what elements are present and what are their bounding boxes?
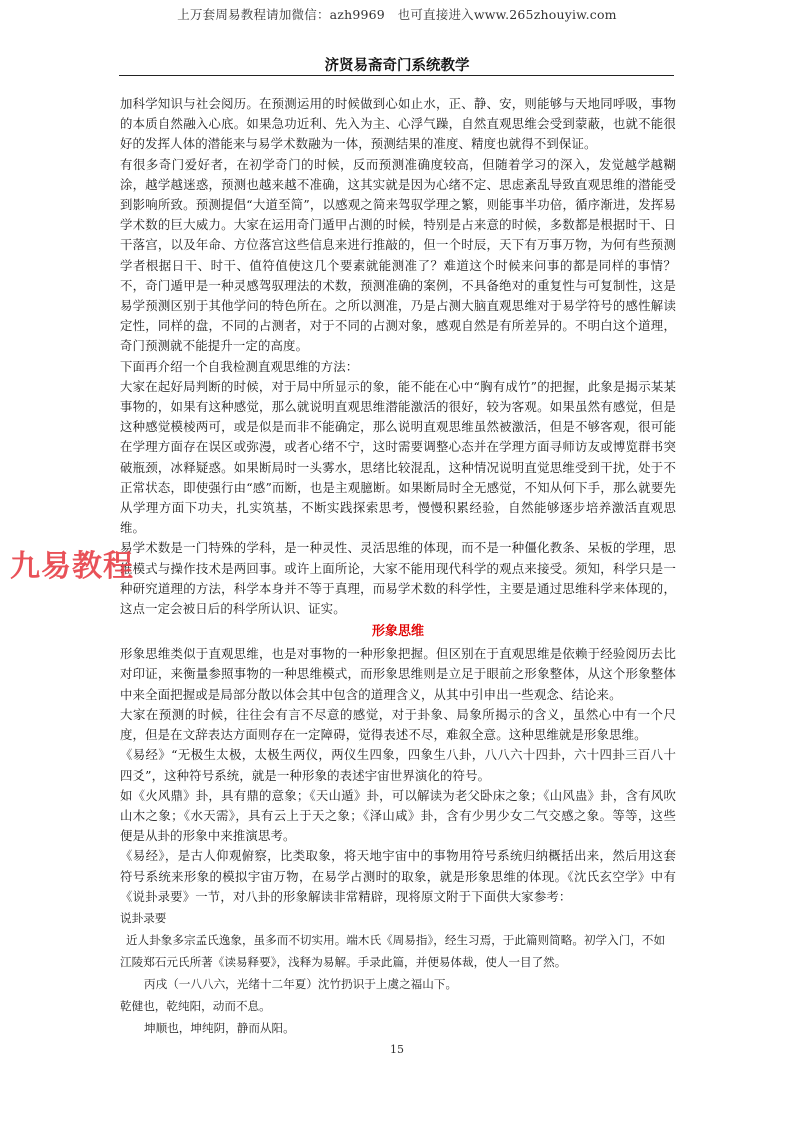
paragraph: 下面再介绍一个自我检测直观思维的方法： — [120, 357, 676, 377]
paragraph: 如《火风鼎》卦，具有鼎的意象；《天山遁》卦，可以解读为老父卧床之象；《山风蛊》卦… — [120, 786, 676, 847]
quote-line: 坤顺也，坤纯阴，静而从阳。 — [120, 1017, 676, 1039]
quote-title: 说卦录要 — [120, 907, 676, 929]
quote-line: 丙戌（一八八六，光绪十二年夏）沈竹扔识于上虞之福山下。 — [120, 973, 676, 995]
paragraph: 加科学知识与社会阅历。在预测运用的时候做到心如止水，正、静、安，则能够与天地同呼… — [120, 94, 676, 155]
header-rule — [119, 75, 674, 76]
paragraph: 易学术数是一门特殊的学科，是一种灵性、灵活思维的体现，而不是一种僵化教条、呆板的… — [120, 538, 676, 619]
paragraph: 大家在起好局判断的时候，对于局中所显示的象，能不能在心中“胸有成竹”的把握，此象… — [120, 377, 676, 539]
top-banner: 上万套周易教程请加微信：azh9969 也可直接进入www.265zhouyiw… — [0, 5, 794, 23]
paragraph: 形象思维类似于直观思维，也是对事物的一种形象把握。但区别在于直观思维是依赖于经验… — [120, 644, 676, 705]
section-title: 形象思维 — [120, 620, 676, 644]
paragraph: 《易经》，是古人仰观俯察，比类取象，将天地宇宙中的事物用符号系统归纳概括出来，然… — [120, 846, 676, 907]
page-content: 加科学知识与社会阅历。在预测运用的时候做到心如止水，正、静、安，则能够与天地同呼… — [120, 94, 676, 1039]
paragraph: 大家在预测的时候，往往会有言不尽意的感觉，对于卦象、局象所揭示的含义，虽然心中有… — [120, 705, 676, 745]
paragraph: 《易经》“无极生太极，太极生两仪，两仪生四象，四象生八卦，八八六十四卦，六十四卦… — [120, 745, 676, 785]
page-number: 15 — [0, 1043, 794, 1056]
watermark-logo: 九易教程 — [10, 541, 134, 585]
quote-line: 近人卦象多宗孟氏逸象，虽多而不切实用。端木氏《周易指》，经生习焉，于此篇则简略。… — [120, 929, 676, 973]
quote-line: 乾健也，乾纯阳，动而不息。 — [120, 995, 676, 1017]
document-title: 济贤易斋奇门系统教学 — [0, 54, 794, 75]
paragraph: 有很多奇门爱好者，在初学奇门的时候，反而预测准确度较高，但随着学习的深入，发觉越… — [120, 155, 676, 357]
quote-block: 说卦录要 近人卦象多宗孟氏逸象，虽多而不切实用。端木氏《周易指》，经生习焉，于此… — [120, 907, 676, 1039]
